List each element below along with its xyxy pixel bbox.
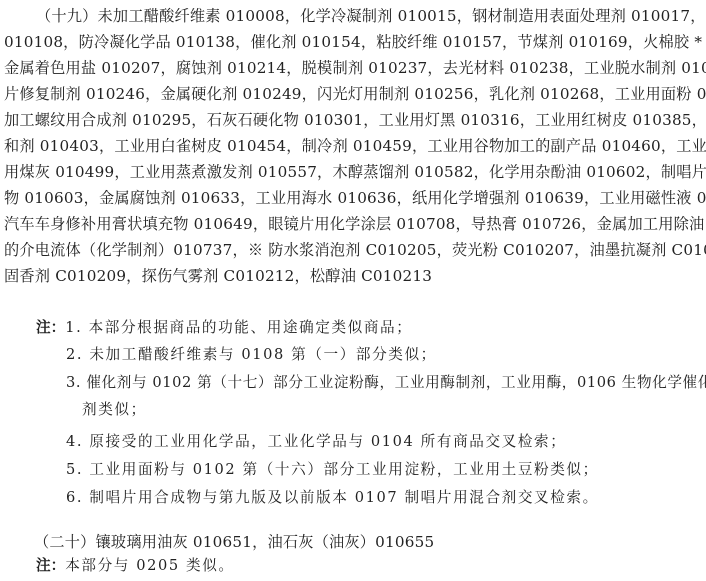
note-item-2: 2. 未加工醋酸纤维素与 0108 第（一）部分类似； bbox=[66, 345, 437, 365]
document-page: （十九）未加工醋酸纤维素 010008，化学冷凝制剂 010015，钢材制造用表… bbox=[0, 0, 706, 581]
section19-line-7: 用煤灰 010499，工业用蒸煮激发剂 010557，木醇蒸馏剂 010582，… bbox=[4, 162, 702, 182]
section19-line-9: 汽车车身修补用膏状填充物 010649，眼镜片用化学涂层 010708，导热膏 … bbox=[4, 214, 702, 234]
note-item-3: 3. 催化剂与 0102 第（十七）部分工业淀粉酶，工业用酶制剂，工业用酶，01… bbox=[66, 373, 702, 393]
note-item-1: 1. 本部分根据商品的功能、用途确定类似商品； bbox=[65, 319, 412, 336]
section19-line-8: 物 010603，金属腐蚀剂 010633，工业用海水 010636，纸用化学增… bbox=[4, 188, 702, 208]
note-item-6: 6. 制唱片用合成物与第九版及以前版本 0107 制唱片用混合剂交叉检索。 bbox=[66, 488, 599, 508]
note-item-4: 4. 原接受的工业用化学品，工业化学品与 0104 所有商品交叉检索； bbox=[66, 432, 566, 452]
section19-line-11: 固香剂 C010209，探伤气雾剂 C010212，松醇油 C010213 bbox=[4, 266, 702, 286]
section19-line-3: 金属着色用盐 010207，腐蚀剂 010214，脱模制剂 010237，去光材… bbox=[4, 58, 702, 78]
section19-line-1: （十九）未加工醋酸纤维素 010008，化学冷凝制剂 010015，钢材制造用表… bbox=[36, 6, 702, 26]
section20-note-text: 本部分与 0205 类似。 bbox=[65, 557, 234, 574]
section19-line-10: 的介电流体（化学制剂）010737，※ 防水浆消泡剂 C010205，荧光粉 C… bbox=[4, 240, 702, 260]
note-item-5: 5. 工业用面粉与 0102 第（十六）部分工业用淀粉，工业用土豆粉类似； bbox=[66, 460, 599, 480]
section19-line-2: 010108，防冷凝化学品 010138，催化剂 010154，粘胶纤维 010… bbox=[4, 32, 702, 52]
section19-line-4: 片修复制剂 010246，金属硬化剂 010249，闪光灯用制剂 010256，… bbox=[4, 84, 702, 104]
note-item-3-continuation: 剂类似； bbox=[82, 400, 147, 420]
section19-notes: 注：1. 本部分根据商品的功能、用途确定类似商品； bbox=[36, 318, 412, 338]
section20-line: （二十）镶玻璃用油灰 010651，油石灰（油灰）010655 bbox=[34, 532, 702, 552]
note-label: 注： bbox=[36, 319, 65, 336]
section20-notes: 注：本部分与 0205 类似。 bbox=[36, 556, 235, 576]
section19-line-5: 加工螺纹用合成剂 010295，石灰石硬化物 010301，工业用灯黑 0103… bbox=[4, 110, 702, 130]
note-label: 注： bbox=[36, 557, 65, 574]
section19-line-6: 和剂 010403，工业用白雀树皮 010454，制冷剂 010459，工业用谷… bbox=[4, 136, 702, 156]
